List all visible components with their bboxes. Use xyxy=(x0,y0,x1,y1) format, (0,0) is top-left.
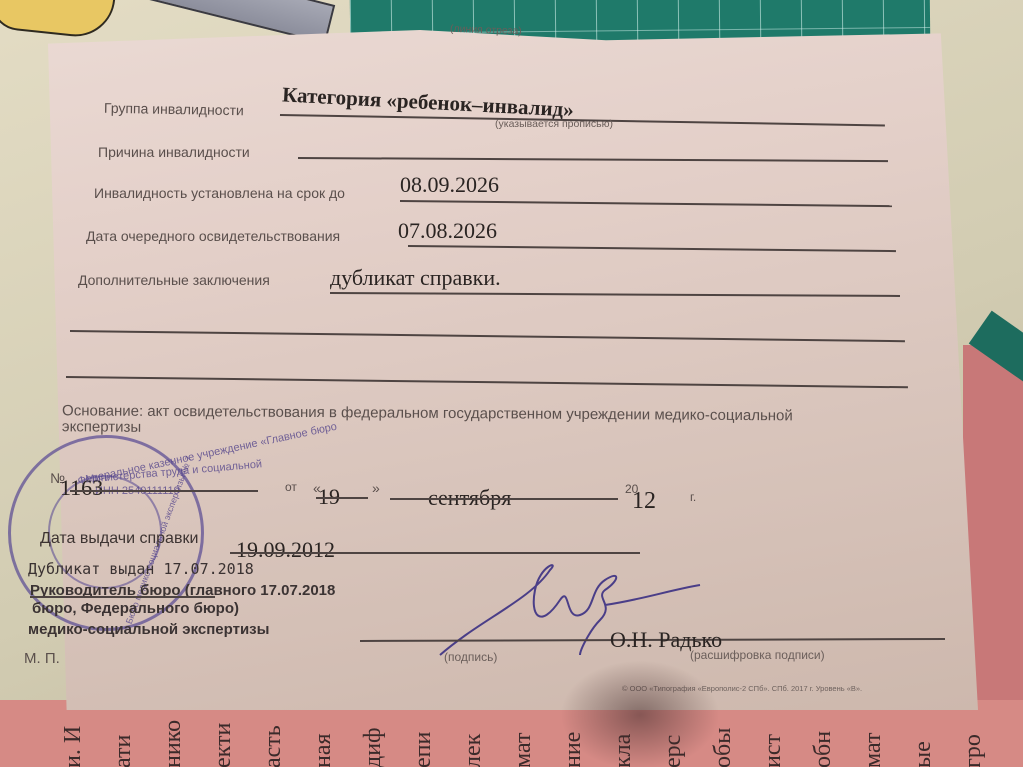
book-fragment: мат xyxy=(510,708,537,767)
book-fragment: ная xyxy=(310,708,337,767)
book-fragment: лек xyxy=(460,708,487,767)
book-fragment: ист xyxy=(760,708,787,767)
book-fragment: мат xyxy=(860,708,887,767)
act-from-label: от xyxy=(285,480,297,494)
duplicate-note: Дубликат выдан 17.07.2018 xyxy=(28,560,254,578)
additional-conclusions-label: Дополнительные заключения xyxy=(78,272,270,288)
stamp-place-label: М. П. xyxy=(24,650,60,667)
book-spine-text: и. Иатиникоектиастьнаядифепилекматниекла… xyxy=(0,708,1023,767)
hand-shadow xyxy=(560,660,720,767)
underline xyxy=(230,552,640,554)
book-fragment: обн xyxy=(810,708,837,767)
book-fragment: ати xyxy=(110,708,137,767)
act-year-suffix: 12 xyxy=(632,488,656,515)
disability-cause-label: Причина инвалидности xyxy=(98,144,250,160)
disability-group-label: Группа инвалидности xyxy=(104,100,244,118)
next-exam-label: Дата очередного освидетельствования xyxy=(86,228,340,244)
book-fragment: нико xyxy=(160,708,187,767)
act-year-label: г. xyxy=(690,490,696,504)
underline xyxy=(316,497,368,499)
book-fragment: екти xyxy=(210,708,237,767)
valid-until-value: 08.09.2026 xyxy=(400,172,499,198)
issue-date-label: Дата выдачи справки xyxy=(40,530,198,548)
signer-hint: (расшифровка подписи) xyxy=(690,648,825,662)
act-number: 1163 xyxy=(60,475,103,501)
book-fragment: и. И xyxy=(60,708,87,767)
book-fragment: гро xyxy=(960,708,987,767)
disability-group-hint: (указывается прописью) xyxy=(495,118,613,130)
head-line-1: бюро, Федерального бюро) xyxy=(32,600,239,617)
book-fragment: ые xyxy=(910,708,937,767)
next-exam-value: 07.08.2026 xyxy=(398,218,497,244)
valid-until-label: Инвалидность установлена на срок до xyxy=(94,185,345,201)
head-line-2: медико-социальной экспертизы xyxy=(28,621,269,638)
underline xyxy=(70,490,258,492)
book-fragment: диф xyxy=(360,708,387,767)
book-fragment: асть xyxy=(260,708,287,767)
signature-hint: (подпись) xyxy=(444,650,497,664)
additional-conclusions-value: дубликат справки. xyxy=(330,265,501,291)
cut-line-label: (линия отреза) xyxy=(450,23,522,37)
underline xyxy=(30,596,215,598)
book-fragment: епи xyxy=(410,708,437,767)
basis-text: Основание: акт освидетельствования в фед… xyxy=(62,403,842,440)
underline xyxy=(390,498,618,500)
